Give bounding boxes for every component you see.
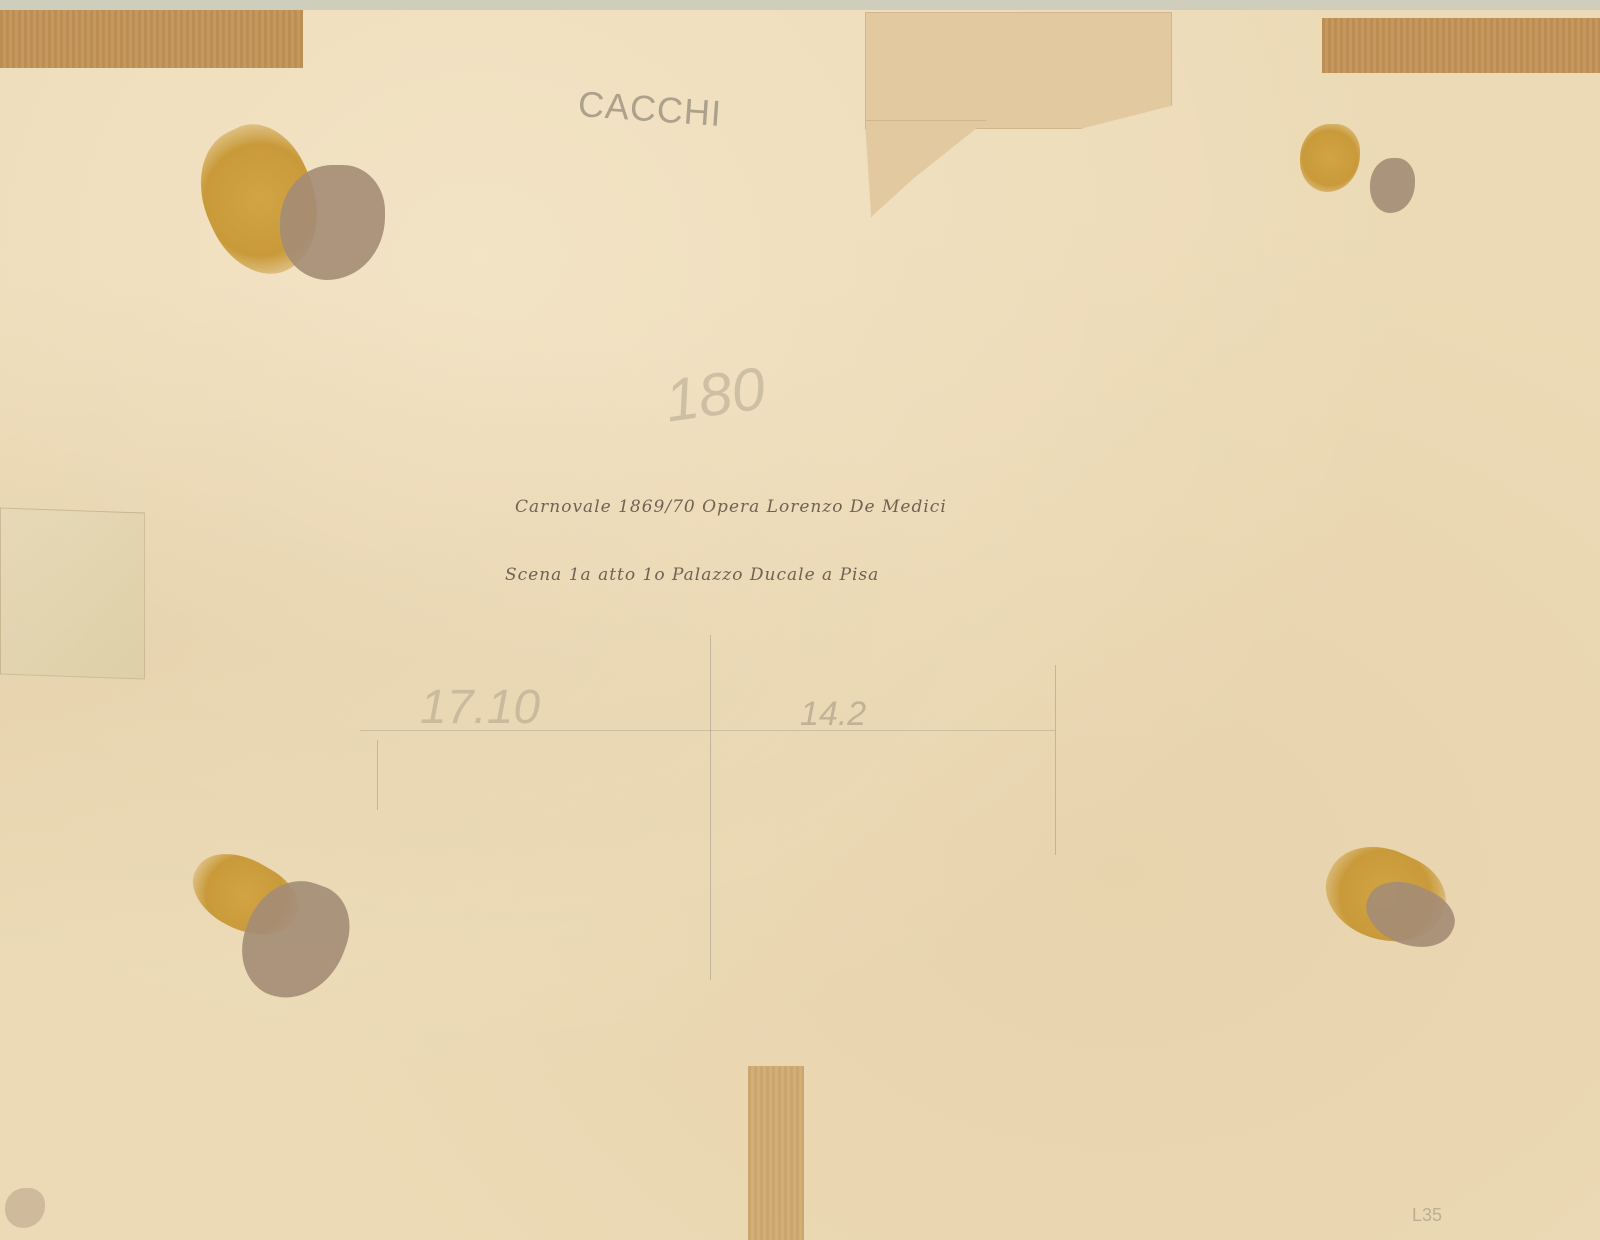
pencil-number-inscription: 180 <box>661 353 770 435</box>
tape-bottom-center <box>748 1066 804 1240</box>
measurement-left-value: 17.10 <box>420 680 540 735</box>
measurement-divider-left <box>377 740 378 810</box>
ink-inscription-line-2: Scena 1a atto 1o Palazzo Ducale a Pisa <box>505 565 879 585</box>
tape-top-left <box>0 10 303 68</box>
corner-mark: L35 <box>1412 1205 1442 1226</box>
measurement-right-value: 14.2 <box>800 695 866 734</box>
paper-hinge-left <box>0 507 145 679</box>
tape-top-right <box>1322 18 1600 73</box>
ink-inscription-line-1: Carnovale 1869/70 Opera Lorenzo De Medic… <box>515 497 947 517</box>
paper-verso-photo: CACCHI 180 Carnovale 1869/70 Opera Loren… <box>0 0 1600 1240</box>
torn-paper-patch <box>865 12 1172 129</box>
measurement-divider-center <box>710 635 711 980</box>
measurement-divider-right <box>1055 665 1056 855</box>
